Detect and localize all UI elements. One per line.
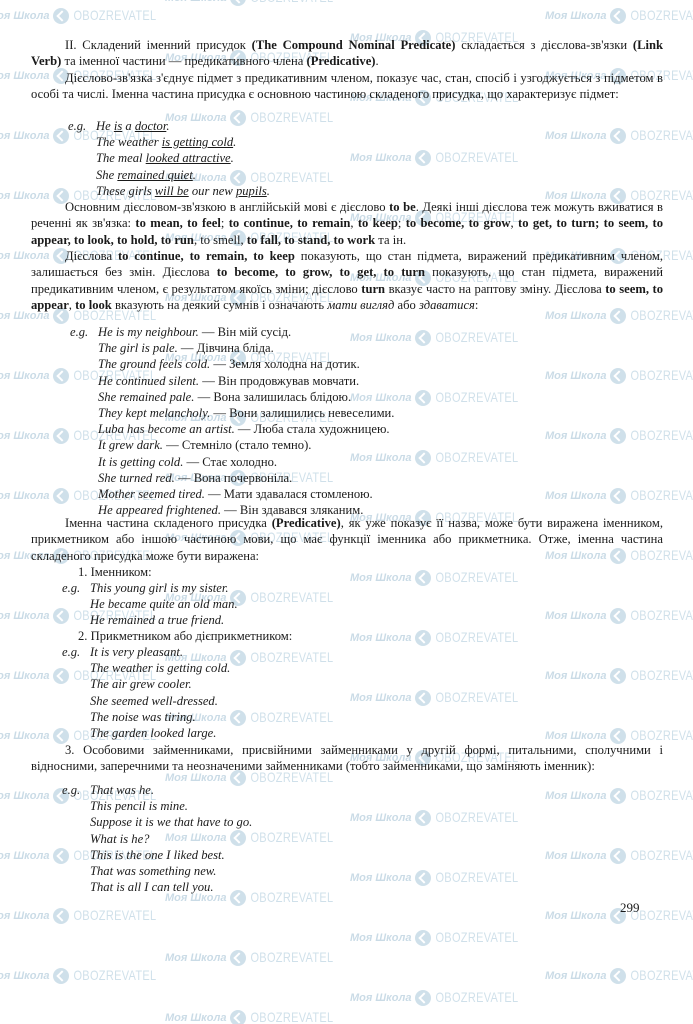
example-text: .: [166, 119, 169, 133]
paragraph-link-verb-role: Дієслово-зв'язка з'єднує підмет з предик…: [31, 70, 663, 103]
obozrevatel-logo-icon: [415, 390, 431, 406]
underlined-predicative: doctor: [135, 119, 166, 133]
obozrevatel-logo-icon: [415, 330, 431, 346]
eg-label: e.g.: [70, 324, 98, 340]
paragraph-link-verbs-list: Основним дієсловом-зв'язкою в англійські…: [31, 199, 663, 248]
example-text: He became quite an old man.: [90, 597, 238, 611]
watermark: Моя ШколаOBOZREVATEL: [0, 968, 156, 984]
examples-underlined: e.g.He is a doctor.The weather is gettin…: [68, 118, 270, 199]
underlined-predicate: looked attractive: [146, 151, 231, 165]
obozrevatel-logo-icon: [610, 668, 626, 684]
watermark-brand-text: OBOZREVATEL: [250, 591, 333, 606]
watermark-brand-text: Моя Школа: [350, 812, 411, 824]
example-row: It grew dark. — Стемніло (стало темно).: [70, 437, 394, 453]
obozrevatel-logo-icon: [53, 908, 69, 924]
underlined-predicate: remained quiet: [117, 168, 192, 182]
watermark-brand-text: Моя Школа: [0, 610, 49, 622]
example-row: The ground feels cold. — Земля холодна н…: [70, 356, 394, 372]
watermark-brand-text: Моя Школа: [545, 670, 606, 682]
example-row: e.g.He is my neighbour. — Він мій сусід.: [70, 324, 394, 340]
obozrevatel-logo-icon: [415, 450, 431, 466]
example-row: She remained quiet.: [68, 167, 270, 183]
obozrevatel-logo-icon: [415, 810, 431, 826]
obozrevatel-logo-icon: [230, 950, 246, 966]
watermark-brand-text: Моя Школа: [545, 610, 606, 622]
ukrainian-translation: — Вона залишилась блідою.: [194, 390, 351, 404]
watermark-brand-text: Моя Школа: [545, 730, 606, 742]
watermark: Моя ШколаOBOZREVATEL: [545, 428, 693, 444]
example-text: The weather: [96, 135, 162, 149]
example-row: This is the one I liked best.: [62, 847, 252, 863]
watermark-brand-text: OBOZREVATEL: [435, 691, 518, 706]
ukrainian-translation: — Стемніло (стало темно).: [163, 438, 311, 452]
watermark-brand-text: Моя Школа: [0, 370, 49, 382]
watermark: Моя ШколаOBOZREVATEL: [0, 908, 156, 924]
example-row: He became quite an old man.: [62, 596, 238, 612]
example-text: It is very pleasant.: [90, 645, 183, 659]
obozrevatel-logo-icon: [415, 990, 431, 1006]
examples-adjective: e.g.It is very pleasant.The weather is g…: [62, 644, 230, 741]
eg-label: e.g.: [62, 580, 90, 596]
obozrevatel-logo-icon: [230, 1010, 246, 1024]
example-row: The garden looked large.: [62, 725, 230, 741]
english-example: She turned red.: [98, 471, 175, 485]
list-heading-adjective: 2. Прикметником або дієприкметником:: [78, 628, 292, 644]
watermark-brand-text: OBOZREVATEL: [435, 451, 518, 466]
watermark-brand-text: OBOZREVATEL: [250, 951, 333, 966]
watermark: Моя ШколаOBOZREVATEL: [0, 8, 156, 24]
watermark: Моя ШколаOBOZREVATEL: [350, 690, 518, 706]
example-text: She seemed well-dressed.: [90, 694, 218, 708]
example-text: .: [231, 151, 234, 165]
list-heading-noun: 1. Іменником:: [78, 564, 152, 580]
example-row: He continued silent. — Він продовжував м…: [70, 373, 394, 389]
example-row: e.g.He is a doctor.: [68, 118, 270, 134]
obozrevatel-logo-icon: [415, 570, 431, 586]
english-example: He continued silent.: [98, 374, 199, 388]
watermark-brand-text: Моя Школа: [545, 370, 606, 382]
watermark-brand-text: Моя Школа: [0, 670, 49, 682]
watermark-brand-text: OBOZREVATEL: [630, 669, 693, 684]
watermark-brand-text: Моя Школа: [545, 970, 606, 982]
ukrainian-translation: — Вона почервоніла.: [175, 471, 292, 485]
watermark-brand-text: Моя Школа: [350, 872, 411, 884]
example-row: This pencil is mine.: [62, 798, 252, 814]
watermark-brand-text: OBOZREVATEL: [630, 909, 693, 924]
example-row: Luba has become an artist. — Люба стала …: [70, 421, 394, 437]
example-text: This young girl is my sister.: [90, 581, 229, 595]
obozrevatel-logo-icon: [415, 690, 431, 706]
watermark-brand-text: Моя Школа: [350, 572, 411, 584]
section-ii-intro: II. Складений іменний присудок (The Comp…: [31, 37, 663, 70]
example-row: The meal looked attractive.: [68, 150, 270, 166]
example-row: Mother seemed tired. — Мати здавалася ст…: [70, 486, 394, 502]
obozrevatel-logo-icon: [610, 788, 626, 804]
example-row: e.g.This young girl is my sister.: [62, 580, 238, 596]
example-row: He remained a true friend.: [62, 612, 238, 628]
example-row: The weather is getting cold.: [68, 134, 270, 150]
watermark: Моя ШколаOBOZREVATEL: [545, 968, 693, 984]
example-row: The girl is pale. — Дівчина бліда.: [70, 340, 394, 356]
watermark-brand-text: OBOZREVATEL: [630, 489, 693, 504]
watermark-brand-text: OBOZREVATEL: [435, 631, 518, 646]
example-row: That is all I can tell you.: [62, 879, 252, 895]
underlined-predicate: is getting cold: [162, 135, 233, 149]
watermark-brand-text: OBOZREVATEL: [630, 789, 693, 804]
obozrevatel-logo-icon: [53, 428, 69, 444]
watermark-brand-text: Моя Школа: [0, 730, 49, 742]
obozrevatel-logo-icon: [415, 930, 431, 946]
watermark: Моя ШколаOBOZREVATEL: [350, 630, 518, 646]
eg-label: e.g.: [62, 782, 90, 798]
example-row: That was something new.: [62, 863, 252, 879]
example-text: What is he?: [90, 832, 149, 846]
example-text: These girls: [96, 184, 155, 198]
obozrevatel-logo-icon: [610, 128, 626, 144]
paragraph-verb-meanings: Дієслова to continue, to remain, to keep…: [31, 248, 663, 314]
watermark-brand-text: Моя Школа: [0, 850, 49, 862]
term-predicative: (Predicative): [307, 54, 376, 68]
ukrainian-translation: — Він продовжував мовчати.: [199, 374, 359, 388]
examples-with-translations: e.g.He is my neighbour. — Він мій сусід.…: [70, 324, 394, 518]
obozrevatel-logo-icon: [610, 608, 626, 624]
example-text: This pencil is mine.: [90, 799, 188, 813]
watermark-brand-text: OBOZREVATEL: [630, 429, 693, 444]
watermark: Моя ШколаOBOZREVATEL: [350, 570, 518, 586]
obozrevatel-logo-icon: [610, 428, 626, 444]
watermark: Моя ШколаOBOZREVATEL: [545, 908, 693, 924]
watermark: Моя ШколаOBOZREVATEL: [350, 150, 518, 166]
watermark-brand-text: OBOZREVATEL: [435, 991, 518, 1006]
watermark-brand-text: OBOZREVATEL: [630, 129, 693, 144]
watermark-brand-text: Моя Школа: [0, 970, 49, 982]
watermark-brand-text: OBOZREVATEL: [435, 151, 518, 166]
english-example: They kept melancholy.: [98, 406, 210, 420]
eg-label: e.g.: [68, 118, 96, 134]
obozrevatel-logo-icon: [415, 150, 431, 166]
example-text: That was he.: [90, 783, 154, 797]
watermark: Моя ШколаOBOZREVATEL: [545, 668, 693, 684]
watermark-brand-text: OBOZREVATEL: [250, 651, 333, 666]
example-text: He: [96, 119, 114, 133]
watermark-brand-text: Моя Школа: [350, 692, 411, 704]
watermark-brand-text: OBOZREVATEL: [630, 969, 693, 984]
section-number: II.: [65, 38, 77, 52]
watermark-brand-text: Моя Школа: [0, 490, 49, 502]
example-text: The garden looked large.: [90, 726, 216, 740]
obozrevatel-logo-icon: [610, 848, 626, 864]
watermark: Моя ШколаOBOZREVATEL: [350, 810, 518, 826]
watermark-brand-text: Моя Школа: [350, 632, 411, 644]
example-text: The weather is getting cold.: [90, 661, 230, 675]
example-row: e.g.That was he.: [62, 782, 252, 798]
watermark: Моя ШколаOBOZREVATEL: [165, 1010, 333, 1024]
obozrevatel-logo-icon: [53, 488, 69, 504]
english-example: She remained pale.: [98, 390, 194, 404]
list-heading-pronouns: 3. Особовими займенниками, присвійними з…: [31, 742, 663, 775]
watermark: Моя ШколаOBOZREVATEL: [165, 0, 333, 6]
ukrainian-translation: — Люба стала художницею.: [235, 422, 390, 436]
english-example: It is getting cold.: [98, 455, 183, 469]
watermark-brand-text: Моя Школа: [545, 490, 606, 502]
watermark-brand-text: OBOZREVATEL: [250, 0, 333, 6]
watermark-brand-text: Моя Школа: [0, 430, 49, 442]
eg-label: e.g.: [62, 644, 90, 660]
obozrevatel-logo-icon: [610, 488, 626, 504]
ukrainian-translation: — Земля холодна на дотик.: [210, 357, 360, 371]
watermark-brand-text: Моя Школа: [0, 910, 49, 922]
watermark-brand-text: Моя Школа: [165, 0, 226, 4]
watermark-brand-text: Моя Школа: [350, 152, 411, 164]
obozrevatel-logo-icon: [610, 968, 626, 984]
example-text: The air grew cooler.: [90, 677, 192, 691]
paragraph-predicative: Іменна частина складеного присудка (Pred…: [31, 515, 663, 564]
ukrainian-translation: — Мати здавалася стомленою.: [205, 487, 373, 501]
example-text: The meal: [96, 151, 146, 165]
watermark-brand-text: Моя Школа: [545, 790, 606, 802]
underlined-predicate: is: [114, 119, 122, 133]
obozrevatel-logo-icon: [230, 650, 246, 666]
obozrevatel-logo-icon: [53, 368, 69, 384]
english-example: The ground feels cold.: [98, 357, 210, 371]
watermark: Моя ШколаOBOZREVATEL: [545, 608, 693, 624]
ukrainian-translation: — Дівчина бліда.: [178, 341, 274, 355]
example-row: e.g.It is very pleasant.: [62, 644, 230, 660]
example-row: These girls will be our new pupils.: [68, 183, 270, 199]
example-row: She remained pale. — Вона залишилась блі…: [70, 389, 394, 405]
watermark-brand-text: OBOZREVATEL: [435, 931, 518, 946]
example-text: That is all I can tell you.: [90, 880, 213, 894]
example-text: This is the one I liked best.: [90, 848, 225, 862]
obozrevatel-logo-icon: [415, 870, 431, 886]
underlined-predicate: will be: [155, 184, 189, 198]
ukrainian-translation: — Вони залишились невеселими.: [210, 406, 394, 420]
example-row: She turned red. — Вона почервоніла.: [70, 470, 394, 486]
example-row: The noise was tiring.: [62, 709, 230, 725]
watermark: Моя ШколаOBOZREVATEL: [350, 990, 518, 1006]
example-text: The noise was tiring.: [90, 710, 196, 724]
watermark-brand-text: OBOZREVATEL: [630, 9, 693, 24]
examples-noun: e.g.This young girl is my sister.He beca…: [62, 580, 238, 629]
page-number: 299: [620, 900, 640, 916]
example-text: She: [96, 168, 117, 182]
watermark-brand-text: Моя Школа: [545, 910, 606, 922]
obozrevatel-logo-icon: [230, 710, 246, 726]
watermark-brand-text: OBOZREVATEL: [250, 891, 333, 906]
watermark: Моя ШколаOBOZREVATEL: [350, 870, 518, 886]
watermark-brand-text: Моя Школа: [350, 992, 411, 1004]
ukrainian-translation: — Стає холодно.: [183, 455, 277, 469]
english-example: Luba has become an artist.: [98, 422, 235, 436]
watermark-brand-text: Моя Школа: [165, 1012, 226, 1024]
watermark-brand-text: OBOZREVATEL: [630, 849, 693, 864]
watermark-brand-text: OBOZREVATEL: [250, 1011, 333, 1024]
ukrainian-translation: — Він мій сусід.: [199, 325, 291, 339]
watermark-brand-text: Моя Школа: [545, 850, 606, 862]
watermark-brand-text: Моя Школа: [0, 10, 49, 22]
english-example: Mother seemed tired.: [98, 487, 205, 501]
term-compound-nominal-predicate: (The Compound Nominal Predicate): [252, 38, 456, 52]
example-text: He remained a true friend.: [90, 613, 224, 627]
example-text: .: [267, 184, 270, 198]
watermark-brand-text: OBOZREVATEL: [435, 811, 518, 826]
watermark-brand-text: OBOZREVATEL: [73, 909, 156, 924]
watermark: Моя ШколаOBOZREVATEL: [165, 950, 333, 966]
example-row: The weather is getting cold.: [62, 660, 230, 676]
underlined-predicative: pupils: [236, 184, 267, 198]
example-row: She seemed well-dressed.: [62, 693, 230, 709]
english-example: The girl is pale.: [98, 341, 178, 355]
english-example: He is my neighbour.: [98, 325, 199, 339]
obozrevatel-logo-icon: [53, 8, 69, 24]
watermark-brand-text: OBOZREVATEL: [73, 969, 156, 984]
watermark-brand-text: Моя Школа: [165, 952, 226, 964]
watermark-brand-text: OBOZREVATEL: [250, 711, 333, 726]
watermark: Моя ШколаOBOZREVATEL: [545, 488, 693, 504]
example-text: That was something new.: [90, 864, 216, 878]
watermark: Моя ШколаOBOZREVATEL: [545, 368, 693, 384]
watermark-brand-text: OBOZREVATEL: [630, 369, 693, 384]
example-text: Suppose it is we that have to go.: [90, 815, 252, 829]
watermark-brand-text: Моя Школа: [0, 130, 49, 142]
watermark-brand-text: OBOZREVATEL: [73, 9, 156, 24]
watermark-brand-text: OBOZREVATEL: [250, 831, 333, 846]
example-row: It is getting cold. — Стає холодно.: [70, 454, 394, 470]
watermark: Моя ШколаOBOZREVATEL: [545, 788, 693, 804]
obozrevatel-logo-icon: [610, 8, 626, 24]
watermark-brand-text: OBOZREVATEL: [435, 871, 518, 886]
watermark: Моя ШколаOBOZREVATEL: [545, 128, 693, 144]
watermark-brand-text: Моя Школа: [545, 130, 606, 142]
watermark-brand-text: Моя Школа: [0, 790, 49, 802]
obozrevatel-logo-icon: [53, 968, 69, 984]
watermark-brand-text: OBOZREVATEL: [435, 391, 518, 406]
obozrevatel-logo-icon: [610, 368, 626, 384]
english-example: It grew dark.: [98, 438, 163, 452]
example-text: .: [193, 168, 196, 182]
example-row: Suppose it is we that have to go.: [62, 814, 252, 830]
watermark-brand-text: OBOZREVATEL: [435, 331, 518, 346]
example-text: our new: [189, 184, 236, 198]
example-row: The air grew cooler.: [62, 676, 230, 692]
watermark-brand-text: Моя Школа: [545, 10, 606, 22]
example-text: a: [122, 119, 135, 133]
watermark-brand-text: Моя Школа: [350, 932, 411, 944]
obozrevatel-logo-icon: [415, 630, 431, 646]
watermark-brand-text: OBOZREVATEL: [630, 609, 693, 624]
example-text: .: [233, 135, 236, 149]
obozrevatel-logo-icon: [230, 0, 246, 6]
example-row: They kept melancholy. — Вони залишились …: [70, 405, 394, 421]
examples-pronouns: e.g.That was he.This pencil is mine.Supp…: [62, 782, 252, 895]
watermark: Моя ШколаOBOZREVATEL: [545, 8, 693, 24]
watermark-brand-text: OBOZREVATEL: [435, 571, 518, 586]
watermark: Моя ШколаOBOZREVATEL: [545, 848, 693, 864]
watermark-brand-text: Моя Школа: [545, 430, 606, 442]
example-row: What is he?: [62, 831, 252, 847]
watermark: Моя ШколаOBOZREVATEL: [350, 930, 518, 946]
